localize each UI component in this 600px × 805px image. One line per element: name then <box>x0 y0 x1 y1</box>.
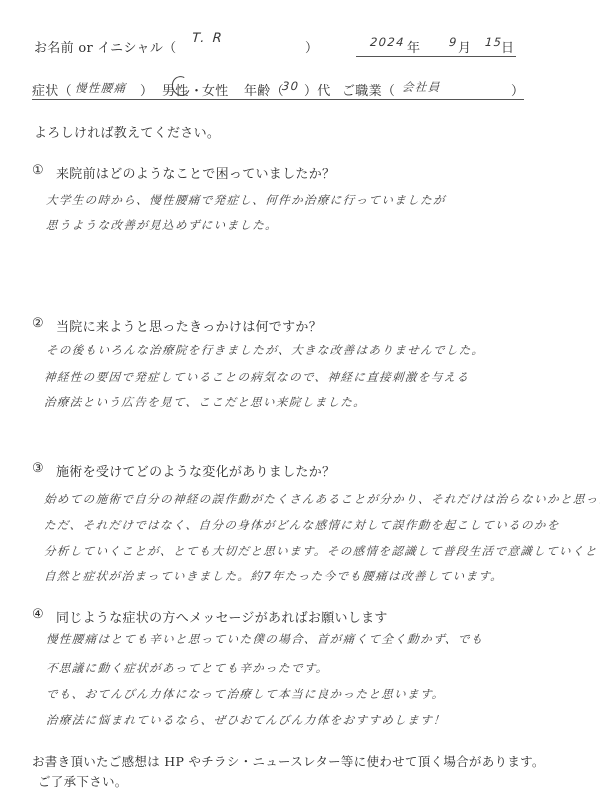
q2-answer-line-3: 治療法という広告を見て、ここだと思い来院しました。 <box>43 394 366 410</box>
q2-answer-line-1: その後もいろんな治療院を行きましたが、大きな改善はありませんでした。 <box>45 342 485 358</box>
date-underline <box>356 56 516 57</box>
name-close-paren: ） <box>305 37 318 56</box>
q3-number: ③ <box>32 461 44 476</box>
date-month-value[interactable]: 9 <box>449 35 459 49</box>
date-year-value[interactable]: 2024 <box>370 35 406 49</box>
q1-number: ① <box>32 163 44 178</box>
q1-question: 来院前はどのようなことで困っていましたか？ <box>56 163 335 182</box>
symptom-value[interactable]: 慢性腰痛 <box>74 80 127 96</box>
profile-underline <box>32 99 524 100</box>
age-close-label: ）代 <box>304 80 331 99</box>
date-month-label: 月 <box>458 37 471 56</box>
q1-answer-line-2: 思うような改善が見込めずにいました。 <box>45 217 278 233</box>
job-label: ご職業（ <box>342 80 395 99</box>
q4-answer-line-4: 治療法に悩まれているなら、ぜひおてんびん力体をおすすめします！ <box>45 712 446 728</box>
q4-question: 同じような症状の方へメッセージがあればお願いします <box>56 607 388 626</box>
q3-answer-line-2: ただ、それだけではなく、自分の身体がどんな感情に対して誤作動を起こしているのかを <box>43 517 560 533</box>
q4-answer-line-2: 不思議に動く症状があってとても辛かったです。 <box>45 660 329 676</box>
age-label: 年齢（ <box>244 80 284 99</box>
date-day-label: 日 <box>501 37 514 56</box>
name-label: お名前 or イニシャル（ <box>34 37 176 56</box>
q4-answer-line-3: でも、おてんびん力体になって治療して本当に良かったと思います。 <box>45 686 445 702</box>
symptom-label: 症状（ <box>32 80 72 99</box>
q1-answer-line-1: 大学生の時から、慢性腰痛で発症し、何件か治療に行っていましたが <box>45 192 446 208</box>
q2-number: ② <box>32 316 44 331</box>
q3-question: 施術を受けてどのような変化がありましたか？ <box>56 461 335 480</box>
q3-answer-line-3: 分析していくことが、とても大切だと思います。その感情を認識して普段生活で意識して… <box>43 543 598 559</box>
job-value[interactable]: 会社員 <box>401 79 441 95</box>
q4-answer-line-1: 慢性腰痛はとても辛いと思っていた僕の場合、首が痛くて全く動かず、でも <box>45 631 484 647</box>
name-value[interactable]: T. R <box>191 31 224 46</box>
footer-notice-line-2: ご了承下さい。 <box>38 772 128 790</box>
job-close-paren: ） <box>511 80 524 99</box>
footer-notice-line-1: お書き頂いたご感想は HP やチラシ・ニュースレター等に使わせて頂く場合がありま… <box>32 752 545 770</box>
q3-answer-line-1: 始めての施術で自分の神経の誤作動がたくさんあることが分かり、それだけは治らないか… <box>43 491 600 507</box>
symptom-close-paren: ） <box>140 80 153 99</box>
q4-number: ④ <box>32 607 44 622</box>
gender-option-female[interactable]: 女性 <box>202 80 229 99</box>
date-year-label: 年 <box>407 37 420 56</box>
intro-text: よろしければ教えてください。 <box>34 122 220 141</box>
age-value[interactable]: 30 <box>282 79 300 93</box>
q3-answer-line-4: 自然と症状が治まっていきました。約7年たった今でも腰痛は改善しています。 <box>43 568 503 584</box>
q2-answer-line-2: 神経性の要因で発症していることの病気なので、神経に直接刺激を与える <box>43 369 470 385</box>
q2-question: 当院に来ようと思ったきっかけは何ですか？ <box>56 316 322 335</box>
